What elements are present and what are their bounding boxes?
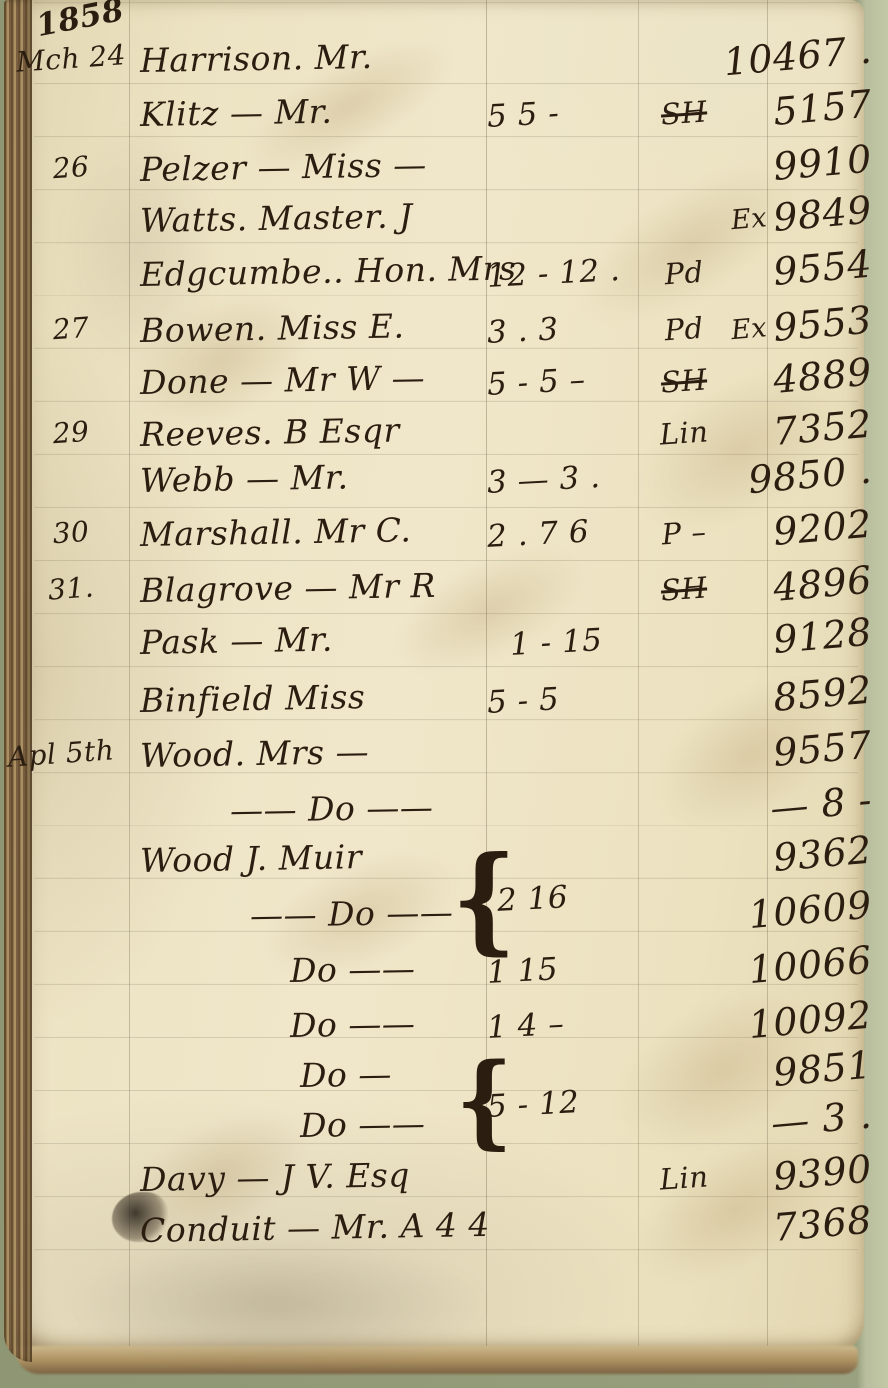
ledger-row: Done — Mr W — 5 - 5 – SH 4889 [0, 360, 888, 412]
ledger-row: Conduit — Mr. A 4 4 7368 [0, 1208, 888, 1260]
ledger-row: 26 Pelzer — Miss — 9910 [0, 147, 888, 199]
entry-date: 27 [15, 308, 127, 349]
entry-date: 31. [15, 568, 127, 609]
ledger-row: 31. Blagrove — Mr R SH 4896 [0, 568, 888, 620]
entry-name: Watts. Master. J [140, 195, 486, 240]
entry-quantity: 5 - 5 [486, 677, 638, 721]
ledger-row: Wood J. Muir 9362 [0, 838, 888, 890]
entry-quantity: 12 - 12 . [486, 251, 638, 295]
ledger-row: Apl 5th Wood. Mrs — 9557 [0, 733, 888, 785]
entry-quantity: 2 16 [496, 875, 648, 919]
page-bottom-edge [16, 1346, 858, 1374]
entry-name: Reeves. B Esqr [140, 409, 486, 454]
entry-name: —— Do —— [230, 785, 576, 830]
entry-name: Webb — Mr. [140, 455, 486, 500]
entry-quantity: 2 . 7 6 [486, 511, 638, 555]
entry-name: Binfield Miss [140, 675, 486, 720]
ledger-row: Davy — J V. Esq Lin 9390 [0, 1157, 888, 1209]
ledger-row: 30 Marshall. Mr C. 2 . 7 6 P – 9202 [0, 512, 888, 564]
entry-date: Apl 5th [5, 733, 117, 774]
entry-name: Pask — Mr. [140, 617, 486, 662]
ledger-row: Mch 24 Harrison. Mr. 10467 . [0, 38, 888, 90]
grouping-brace: { [456, 1049, 513, 1150]
entry-name: Pelzer — Miss — [140, 144, 486, 189]
ledger-row: Do — 9851 [0, 1053, 888, 1105]
entry-name: Marshall. Mr C. [140, 509, 486, 554]
ledger-row: —— Do —— — 8 - [0, 788, 888, 840]
entry-quantity: 5 5 - [486, 91, 638, 135]
ledger-row: Edgcumbe.. Hon. Mrs 12 - 12 . Pd 9554 [0, 252, 888, 304]
entry-name: Wood J. Muir [140, 835, 486, 880]
entry-name: Done — Mr W — [140, 357, 486, 402]
ledger-row: Do —— 1 15 10066 [0, 948, 888, 1000]
entry-quantity: 5 - 5 – [486, 359, 638, 403]
ledger-row: Watts. Master. J Ex 9849 [0, 198, 888, 250]
ledger-row: —— Do —— 2 16 10609 [0, 893, 888, 945]
ledger-row: 27 Bowen. Miss E. 3 . 3 Pd Ex 9553 [0, 308, 888, 360]
entry-name: Klitz — Mr. [140, 89, 486, 134]
entry-quantity: 3 — 3 . [486, 457, 638, 501]
ledger-row: Webb — Mr. 3 — 3 . 9850 . [0, 458, 888, 510]
grouping-brace: { [452, 841, 517, 956]
ledger-row: Do —— 5 - 12 — 3 . [0, 1103, 888, 1155]
entry-quantity: 3 . 3 [486, 307, 638, 351]
entry-name: Conduit — Mr. A 4 4 [140, 1205, 486, 1250]
entry-name: Harrison. Mr. [140, 35, 486, 80]
entry-name: Blagrove — Mr R [140, 565, 486, 610]
ledger-row: Klitz — Mr. 5 5 - SH 5157 [0, 92, 888, 144]
entry-name: Bowen. Miss E. [140, 305, 486, 350]
ledger-row: Binfield Miss 5 - 5 8592 [0, 678, 888, 730]
entry-name: Davy — J V. Esq [140, 1154, 486, 1199]
entry-name: Edgcumbe.. Hon. Mrs [140, 249, 486, 294]
entry-date: 26 [15, 147, 127, 188]
ledger-row: Do —— 1 4 – 10092 [0, 1003, 888, 1055]
entry-date: Mch 24 [15, 38, 127, 79]
ledger-row: Pask — Mr. 1 - 15 9128 [0, 620, 888, 672]
entry-date: 29 [15, 412, 127, 453]
entry-quantity: 1 - 15 [509, 619, 661, 663]
entry-date: 30 [15, 512, 127, 553]
entry-name: Wood. Mrs — [140, 730, 486, 775]
ledger-page-scan: 1858 Mch 24 Harrison. Mr. 10467 . Klitz … [0, 0, 888, 1388]
